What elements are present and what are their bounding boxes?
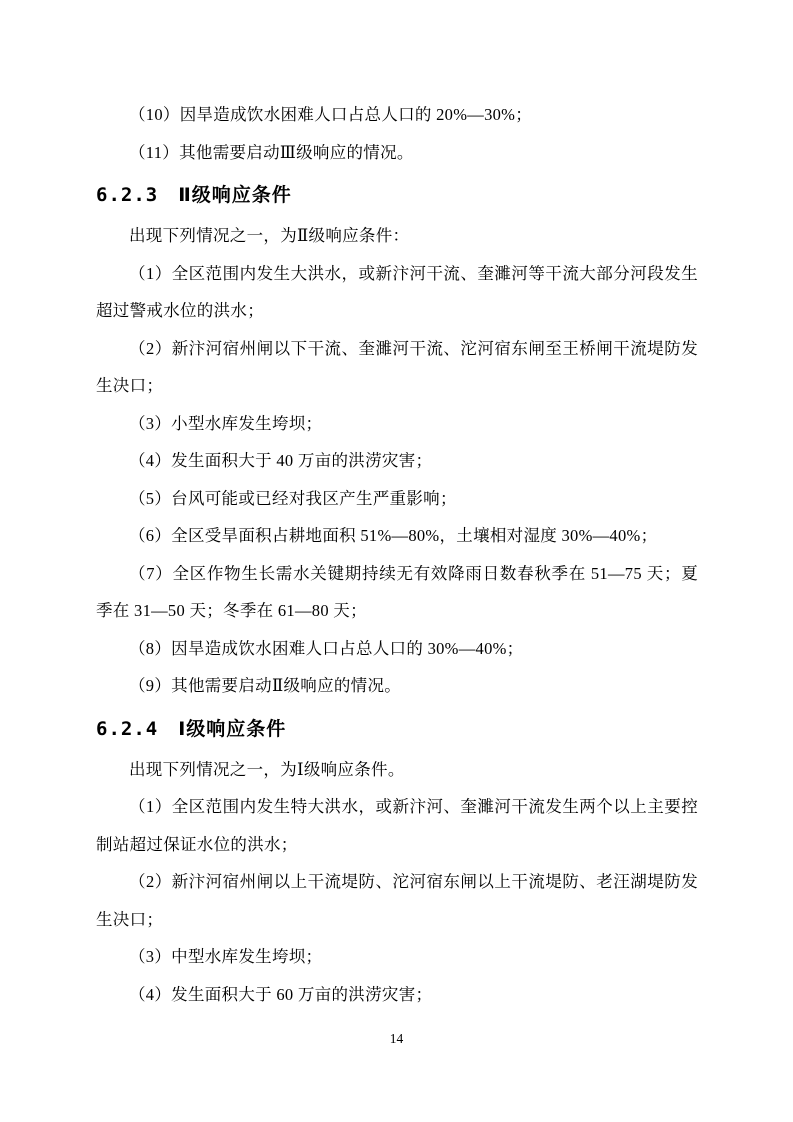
page-content: （10）因旱造成饮水困难人口占总人口的 20%—30%； （11）其他需要启动Ⅲ… <box>96 96 698 1013</box>
page-number: 14 <box>0 1031 793 1047</box>
paragraph-624-item-3: （3）中型水库发生垮坝； <box>96 938 698 976</box>
section-number: 6.2.4 <box>96 718 158 740</box>
paragraph-623-item-6: （6）全区受旱面积占耕地面积 51%—80%，土壤相对湿度 30%—40%； <box>96 517 698 555</box>
paragraph-623-lead: 出现下列情况之一，为Ⅱ级响应条件： <box>96 217 698 255</box>
paragraph-624-item-2: （2）新汴河宿州闸以上干流堤防、沱河宿东闸以上干流堤防、老汪湖堤防发生决口； <box>96 863 698 938</box>
section-heading-6-2-3: 6.2.3Ⅱ级响应条件 <box>96 174 698 217</box>
paragraph-623-item-1: （1）全区范围内发生大洪水，或新汴河干流、奎濉河等干流大部分河段发生超过警戒水位… <box>96 255 698 330</box>
paragraph-623-item-2: （2）新汴河宿州闸以下干流、奎濉河干流、沱河宿东闸至王桥闸干流堤防发生决口； <box>96 330 698 405</box>
section-number: 6.2.3 <box>96 184 158 206</box>
paragraph-623-item-9: （9）其他需要启动Ⅱ级响应的情况。 <box>96 667 698 705</box>
paragraph-623-item-8: （8）因旱造成饮水困难人口占总人口的 30%—40%； <box>96 630 698 668</box>
paragraph-623-item-5: （5）台风可能或已经对我区产生严重影响； <box>96 480 698 518</box>
section-title: Ⅱ级响应条件 <box>178 185 292 206</box>
paragraph-624-item-1: （1）全区范围内发生特大洪水，或新汴河、奎濉河干流发生两个以上主要控制站超过保证… <box>96 788 698 863</box>
paragraph-carryover-10: （10）因旱造成饮水困难人口占总人口的 20%—30%； <box>96 96 698 134</box>
paragraph-623-item-7: （7）全区作物生长需水关键期持续无有效降雨日数春秋季在 51—75 天；夏季在 … <box>96 555 698 630</box>
section-heading-6-2-4: 6.2.4Ⅰ级响应条件 <box>96 708 698 751</box>
paragraph-623-item-3: （3）小型水库发生垮坝； <box>96 405 698 443</box>
section-title: Ⅰ级响应条件 <box>178 719 286 740</box>
document-page: （10）因旱造成饮水困难人口占总人口的 20%—30%； （11）其他需要启动Ⅲ… <box>0 0 793 1122</box>
paragraph-carryover-11: （11）其他需要启动Ⅲ级响应的情况。 <box>96 134 698 172</box>
paragraph-623-item-4: （4）发生面积大于 40 万亩的洪涝灾害； <box>96 442 698 480</box>
paragraph-624-lead: 出现下列情况之一，为Ⅰ级响应条件。 <box>96 751 698 789</box>
paragraph-624-item-4: （4）发生面积大于 60 万亩的洪涝灾害； <box>96 976 698 1014</box>
